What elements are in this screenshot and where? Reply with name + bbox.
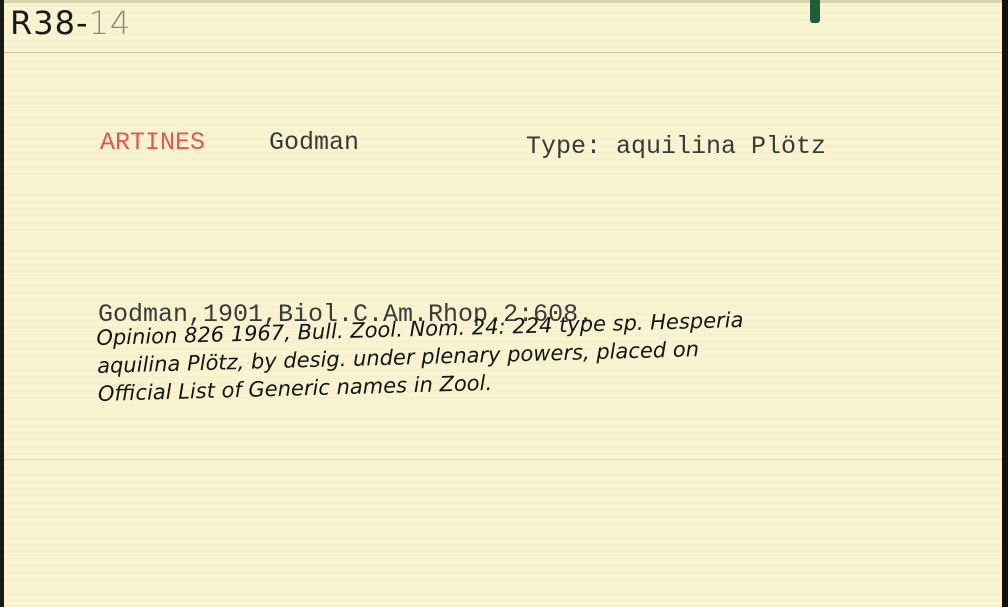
genus-author: Godman [269,128,359,157]
ruled-line [4,459,1002,460]
call-number-ink: R38- [10,4,89,42]
scan-border [1002,0,1008,607]
call-number-pencil: 14 [89,4,132,42]
ruled-line [4,52,1002,53]
green-marker-tab [810,0,820,23]
genus-name: ARTINES [100,128,205,157]
call-number: R38-14 [10,4,131,42]
card-top-edge [4,0,1002,3]
type-species: Type: aquilina Plötz [526,132,826,161]
index-card: R38-14 ARTINES Godman Type: aquilina Plö… [4,0,1002,607]
